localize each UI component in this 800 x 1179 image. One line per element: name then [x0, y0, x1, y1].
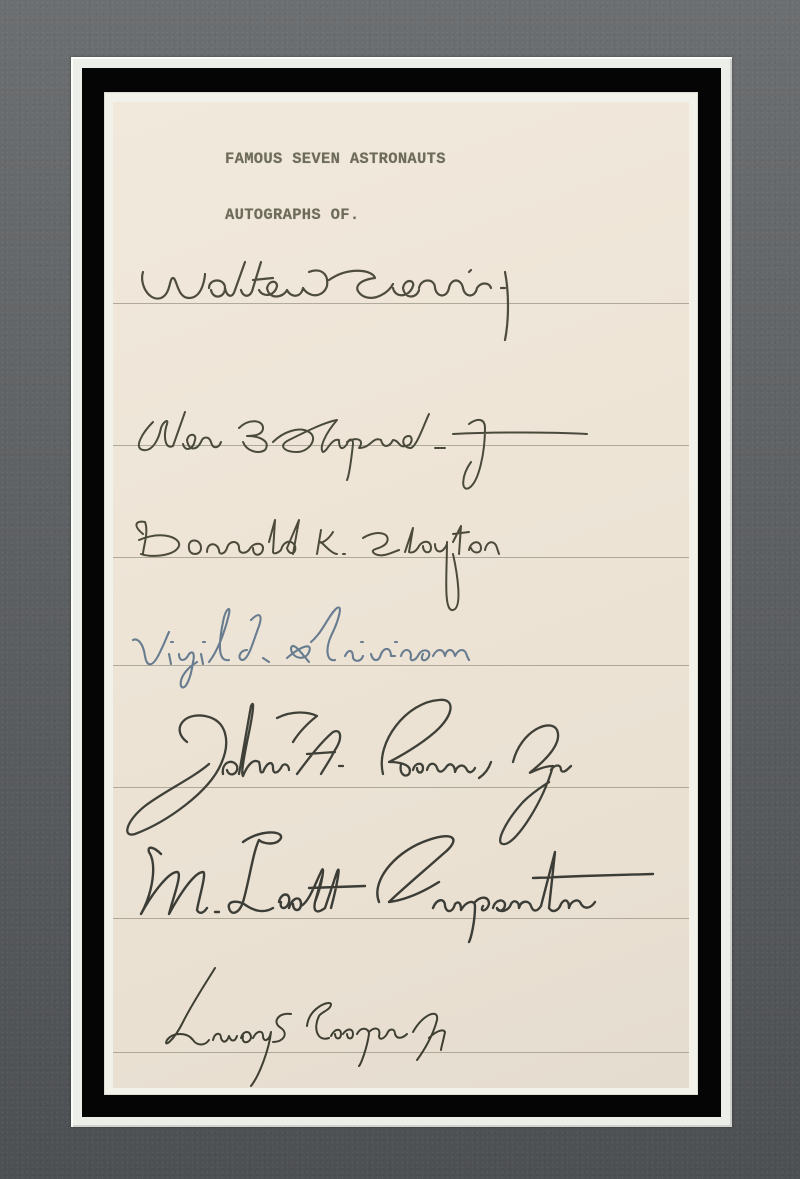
signature-line-6 — [113, 918, 689, 919]
signature-glenn-stroke — [113, 102, 689, 1088]
signature-line-5 — [113, 787, 689, 788]
signature-line-1 — [113, 303, 689, 304]
signature-line-2 — [113, 445, 689, 446]
signature-carpenter-stroke — [113, 102, 689, 1088]
typed-heading-title: FAMOUS SEVEN ASTRONAUTS — [225, 150, 446, 168]
signature-line-7 — [113, 1052, 689, 1053]
signature-shepard-stroke — [113, 102, 689, 1088]
signature-cooper-stroke — [113, 102, 689, 1088]
signature-line-3 — [113, 557, 689, 558]
signature-schirra-stroke — [113, 102, 689, 1088]
signature-grissom-stroke — [113, 102, 689, 1088]
typed-heading-subtitle: AUTOGRAPHS OF. — [225, 206, 359, 224]
signature-slayton-stroke — [113, 102, 689, 1088]
autograph-sheet: FAMOUS SEVEN ASTRONAUTS AUTOGRAPHS OF. W… — [113, 102, 689, 1088]
signature-line-4 — [113, 665, 689, 666]
